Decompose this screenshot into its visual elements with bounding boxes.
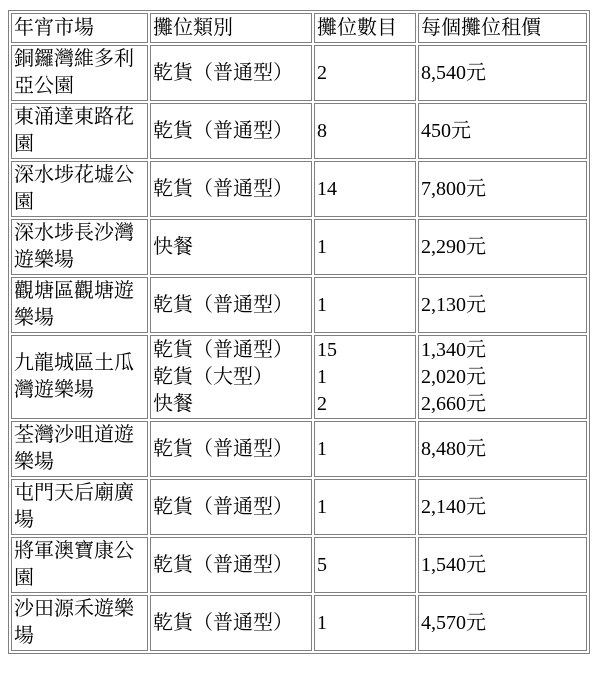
stall-type-cell: 快餐: [150, 219, 312, 275]
rent-cell: 2,140元: [418, 479, 587, 535]
market-cell: 觀塘區觀塘遊樂場: [11, 277, 148, 333]
table-row: 深水埗長沙灣遊樂場快餐12,290元: [11, 219, 587, 275]
table-row: 沙田源禾遊樂場乾貨（普通型）14,570元: [11, 595, 587, 651]
stall-count-cell: 1: [314, 595, 416, 651]
table-row: 將軍澳寶康公園乾貨（普通型）51,540元: [11, 537, 587, 593]
rent-cell: 450元: [418, 103, 587, 159]
table-row: 銅鑼灣維多利亞公園乾貨（普通型）28,540元: [11, 45, 587, 101]
rent-cell: 4,570元: [418, 595, 587, 651]
market-cell: 將軍澳寶康公園: [11, 537, 148, 593]
stall-type-cell: 乾貨（普通型）: [150, 161, 312, 217]
table-row: 九龍城區土瓜灣遊樂場乾貨（普通型） 乾貨（大型） 快餐15 1 21,340元 …: [11, 335, 587, 419]
stall-count-cell: 1: [314, 277, 416, 333]
stall-type-cell: 乾貨（普通型）: [150, 277, 312, 333]
market-cell: 深水埗長沙灣遊樂場: [11, 219, 148, 275]
nyf-market-rent-table: 年宵市場攤位類別攤位數目每個攤位租價 銅鑼灣維多利亞公園乾貨（普通型）28,54…: [8, 10, 590, 654]
stall-type-cell: 乾貨（普通型） 乾貨（大型） 快餐: [150, 335, 312, 419]
rent-cell: 1,540元: [418, 537, 587, 593]
column-header: 攤位數目: [314, 13, 416, 43]
stall-count-cell: 1: [314, 479, 416, 535]
stall-count-cell: 5: [314, 537, 416, 593]
market-cell: 沙田源禾遊樂場: [11, 595, 148, 651]
column-header: 年宵市場: [11, 13, 148, 43]
rent-cell: 2,130元: [418, 277, 587, 333]
stall-count-cell: 15 1 2: [314, 335, 416, 419]
table-row: 屯門天后廟廣場乾貨（普通型）12,140元: [11, 479, 587, 535]
market-cell: 荃灣沙咀道遊樂場: [11, 421, 148, 477]
stall-count-cell: 2: [314, 45, 416, 101]
stall-count-cell: 14: [314, 161, 416, 217]
market-cell: 屯門天后廟廣場: [11, 479, 148, 535]
market-cell: 東涌達東路花園: [11, 103, 148, 159]
stall-type-cell: 乾貨（普通型）: [150, 421, 312, 477]
rent-cell: 2,290元: [418, 219, 587, 275]
table-row: 東涌達東路花園乾貨（普通型）8450元: [11, 103, 587, 159]
stall-type-cell: 乾貨（普通型）: [150, 479, 312, 535]
rent-cell: 8,540元: [418, 45, 587, 101]
stall-count-cell: 1: [314, 421, 416, 477]
stall-type-cell: 乾貨（普通型）: [150, 103, 312, 159]
stall-count-cell: 8: [314, 103, 416, 159]
market-cell: 深水埗花墟公園: [11, 161, 148, 217]
header-row: 年宵市場攤位類別攤位數目每個攤位租價: [11, 13, 587, 43]
stall-count-cell: 1: [314, 219, 416, 275]
stall-type-cell: 乾貨（普通型）: [150, 537, 312, 593]
table-row: 深水埗花墟公園乾貨（普通型）147,800元: [11, 161, 587, 217]
column-header: 攤位類別: [150, 13, 312, 43]
stall-type-cell: 乾貨（普通型）: [150, 595, 312, 651]
rent-cell: 1,340元 2,020元 2,660元: [418, 335, 587, 419]
market-cell: 九龍城區土瓜灣遊樂場: [11, 335, 148, 419]
rent-cell: 7,800元: [418, 161, 587, 217]
stall-type-cell: 乾貨（普通型）: [150, 45, 312, 101]
table-row: 觀塘區觀塘遊樂場乾貨（普通型）12,130元: [11, 277, 587, 333]
market-cell: 銅鑼灣維多利亞公園: [11, 45, 148, 101]
rent-cell: 8,480元: [418, 421, 587, 477]
table-row: 荃灣沙咀道遊樂場乾貨（普通型）18,480元: [11, 421, 587, 477]
table-body: 銅鑼灣維多利亞公園乾貨（普通型）28,540元東涌達東路花園乾貨（普通型）845…: [11, 45, 587, 651]
column-header: 每個攤位租價: [418, 13, 587, 43]
